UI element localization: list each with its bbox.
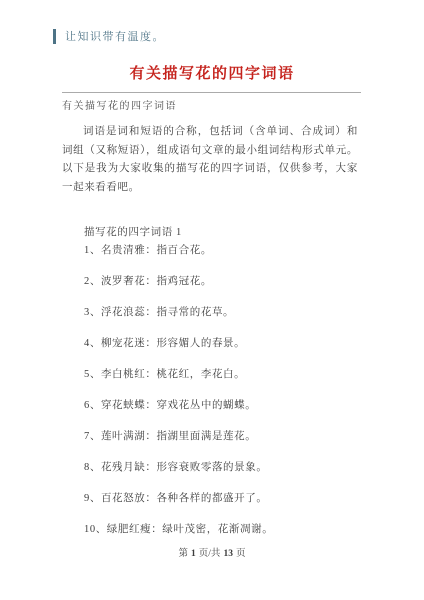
page-footer: 第 1 页/共 13 页: [0, 545, 424, 559]
word-list-item: 3、浮花浪蕊：指寻常的花草。: [84, 304, 384, 322]
word-list-heading: 描写花的四字词语 1: [84, 224, 384, 242]
brand-slogan: 让知识带有温度。: [65, 28, 165, 44]
word-list-item: 5、李白桃红：桃花红，李花白。: [84, 366, 384, 384]
footer-label-prefix: 第: [179, 545, 189, 559]
brand-slogan-row: 让知识带有温度。: [53, 28, 165, 44]
footer-page-number: 1: [191, 549, 196, 559]
document-subtitle: 有关描写花的四字词语: [62, 97, 177, 112]
word-list-item: 9、百花怒放：各种各样的都盛开了。: [84, 490, 384, 508]
word-list-item: 1、名贵清雅：指百合花。: [84, 242, 384, 260]
footer-label-suffix: 页: [236, 545, 246, 559]
word-list-item: 7、莲叶满湖：指湖里面满是莲花。: [84, 428, 384, 446]
word-list-item: 10、绿肥红瘦：绿叶茂密，花渐凋谢。: [84, 521, 384, 539]
footer-total-pages: 13: [223, 549, 233, 559]
word-list-item: 6、穿花蛱蝶：穿戏花丛中的蝴蝶。: [84, 397, 384, 415]
title-divider: [62, 92, 361, 93]
page-title: 有关描写花的四字词语: [0, 62, 424, 83]
word-list-section: 描写花的四字词语 1 1、名贵清雅：指百合花。 2、波罗奢花：指鸡冠花。 3、浮…: [84, 224, 384, 539]
footer-label-middle: 页/共: [199, 545, 221, 559]
word-list-item: 2、波罗奢花：指鸡冠花。: [84, 273, 384, 291]
document-page: 让知识带有温度。 有关描写花的四字词语 有关描写花的四字词语 词语是词和短语的合…: [0, 0, 424, 600]
intro-paragraph: 词语是词和短语的合称，包括词（含单词、合成词）和词组（又称短语），组成语句文章的…: [62, 123, 358, 197]
accent-bar-icon: [53, 29, 56, 44]
word-list-item: 8、花残月缺：形容衰败零落的景象。: [84, 459, 384, 477]
word-list-item: 4、柳宠花迷：形容媚人的春景。: [84, 335, 384, 353]
